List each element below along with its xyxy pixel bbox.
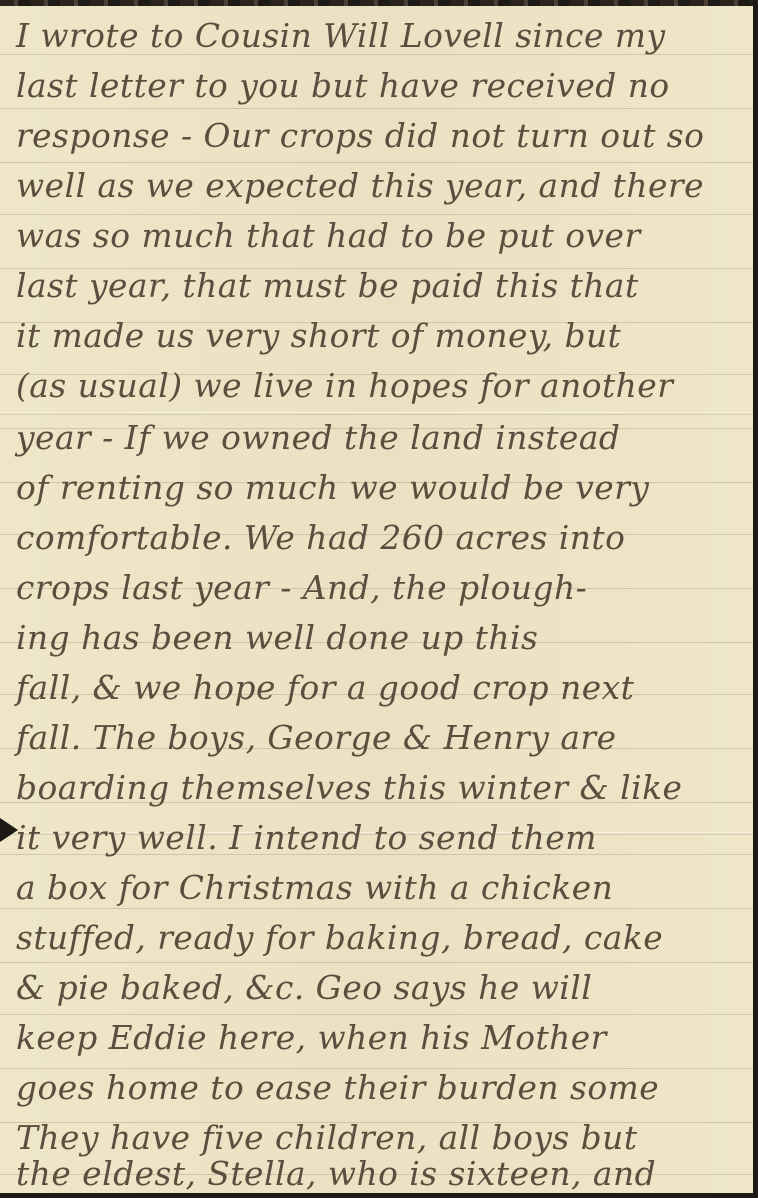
handwritten-line: goes home to ease their burden some: [16, 1068, 742, 1108]
handwritten-line: keep Eddie here, when his Mother: [16, 1018, 742, 1058]
handwritten-line: stuffed, ready for baking, bread, cake: [16, 918, 742, 958]
handwritten-line: fall. The boys, George & Henry are: [16, 718, 742, 758]
ruled-line: [0, 214, 754, 215]
handwritten-line: I wrote to Cousin Will Lovell since my: [16, 16, 742, 56]
ruled-line: [0, 1014, 754, 1015]
ruled-line: [0, 908, 754, 909]
handwritten-line: comfortable. We had 260 acres into: [16, 518, 742, 558]
handwritten-line: the eldest, Stella, who is sixteen, and: [16, 1154, 742, 1194]
handwritten-line: year - If we owned the land instead: [16, 418, 742, 458]
handwritten-line: last letter to you but have received no: [16, 66, 742, 106]
handwritten-line: response - Our crops did not turn out so: [16, 116, 742, 156]
handwritten-line: a box for Christmas with a chicken: [16, 868, 742, 908]
handwritten-line: They have five children, all boys but: [16, 1118, 742, 1158]
letter-page: I wrote to Cousin Will Lovell since my l…: [0, 6, 754, 1194]
handwritten-line: was so much that had to be put over: [16, 216, 742, 256]
handwritten-line: & pie baked, &c. Geo says he will: [16, 968, 742, 1008]
ruled-line: [0, 108, 754, 109]
paper-right-edge: [753, 0, 758, 1198]
handwritten-line: crops last year - And, the plough-: [16, 568, 742, 608]
handwritten-line: ing has been well done up this: [16, 618, 742, 658]
paper-bottom-edge: [0, 1193, 758, 1198]
handwritten-line: well as we expected this year, and there: [16, 166, 742, 206]
handwritten-line: boarding themselves this winter & like: [16, 768, 742, 808]
handwritten-line: (as usual) we live in hopes for another: [16, 366, 742, 406]
paper-fold: [0, 412, 754, 415]
handwritten-line: of renting so much we would be very: [16, 468, 742, 508]
paper-tear-notch: [0, 818, 18, 842]
ruled-line: [0, 962, 754, 963]
ruled-line: [0, 162, 754, 163]
handwritten-line: it very well. I intend to send them: [16, 818, 742, 858]
handwritten-line: it made us very short of money, but: [16, 316, 742, 356]
handwritten-line: fall, & we hope for a good crop next: [16, 668, 742, 708]
handwritten-line: last year, that must be paid this that: [16, 266, 742, 306]
